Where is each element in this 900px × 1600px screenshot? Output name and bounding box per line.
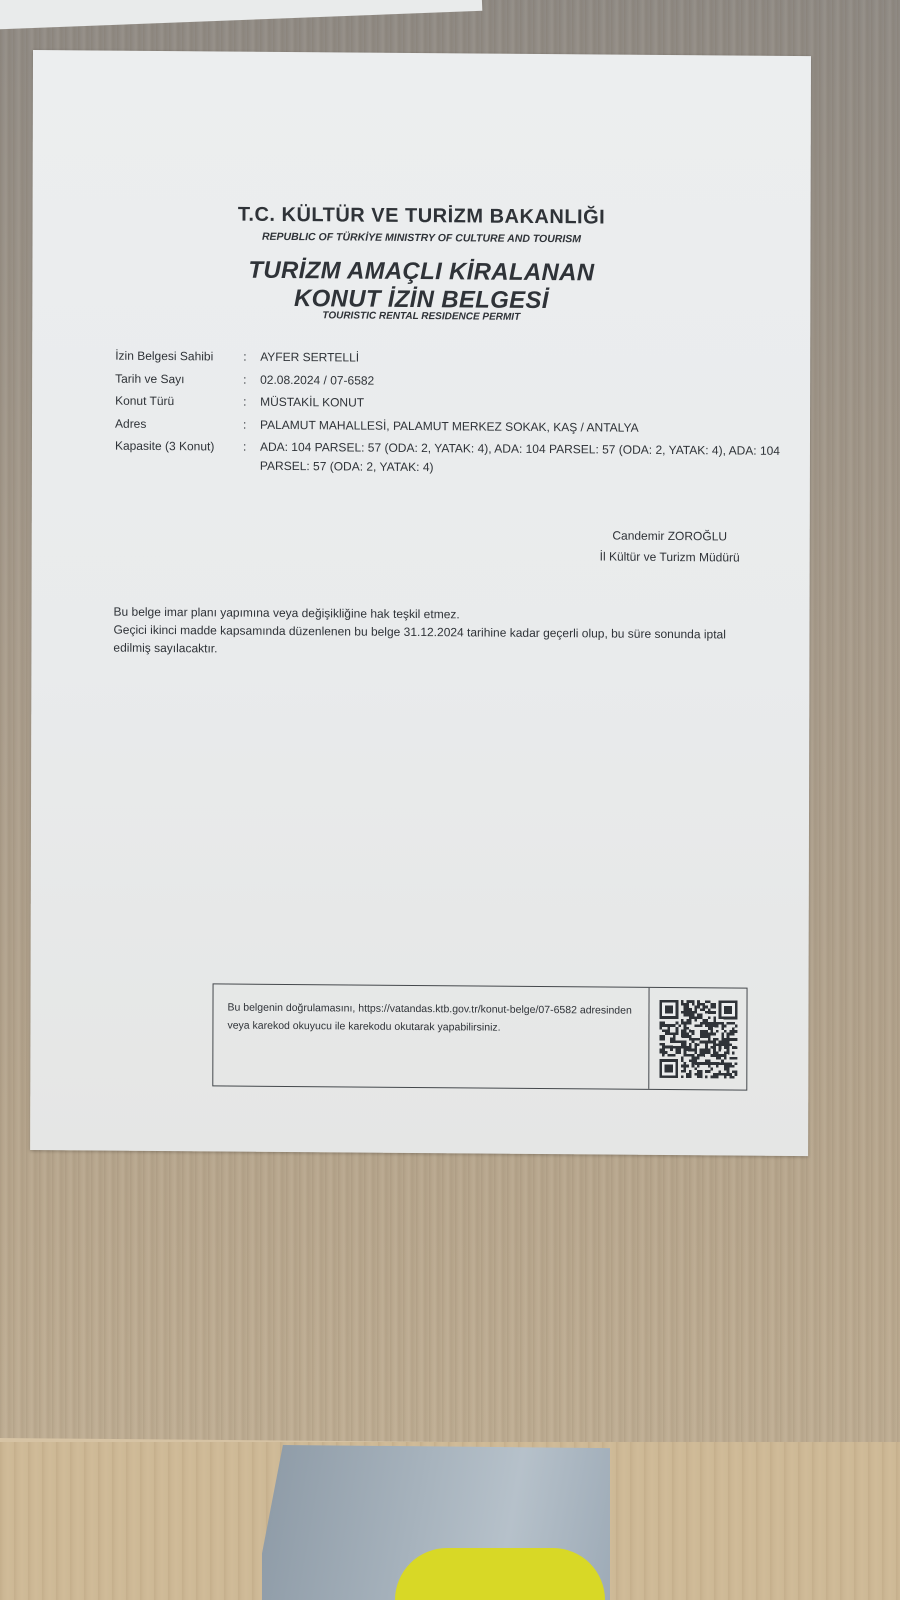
field-label: İzin Belgesi Sahibi bbox=[115, 345, 243, 369]
note-validity: Geçici ikinci madde kapsamında düzenlene… bbox=[113, 621, 753, 662]
qr-code-icon[interactable] bbox=[659, 999, 737, 1078]
qr-cell bbox=[649, 988, 746, 1090]
field-label: Tarih ve Sayı bbox=[115, 367, 243, 391]
field-separator: : bbox=[243, 391, 260, 414]
field-separator: : bbox=[243, 436, 260, 476]
field-row: Kapasite (3 Konut) : ADA: 104 PARSEL: 57… bbox=[115, 435, 780, 480]
field-label: Adres bbox=[115, 412, 243, 436]
legal-notes: Bu belge imar planı yapımına veya değişi… bbox=[113, 603, 753, 662]
permit-fields: İzin Belgesi Sahibi : AYFER SERTELLİ Tar… bbox=[115, 345, 780, 480]
verification-box: Bu belgenin doğrulamasını, https://vatan… bbox=[212, 983, 747, 1090]
permit-document: T.C. KÜLTÜR VE TURİZM BAKANLIĞI REPUBLIC… bbox=[30, 50, 811, 1156]
field-separator: : bbox=[243, 368, 260, 391]
signatory-name: Candemir ZOROĞLU bbox=[600, 525, 740, 547]
document-title: TURİZM AMAÇLI KİRALANAN KONUT İZİN BELGE… bbox=[32, 255, 810, 317]
field-value: ADA: 104 PARSEL: 57 (ODA: 2, YATAK: 4), … bbox=[260, 436, 780, 480]
field-label: Kapasite (3 Konut) bbox=[115, 435, 243, 476]
signature-block: Candemir ZOROĞLU İl Kültür ve Turizm Müd… bbox=[600, 525, 740, 568]
background-paper-sheet bbox=[0, 0, 482, 30]
field-separator: : bbox=[243, 346, 260, 369]
field-label: Konut Türü bbox=[115, 390, 243, 414]
ministry-name-tr: T.C. KÜLTÜR VE TURİZM BAKANLIĞI bbox=[33, 202, 811, 231]
shoe bbox=[395, 1548, 605, 1600]
ministry-name-en: REPUBLIC OF TÜRKİYE MINISTRY OF CULTURE … bbox=[32, 229, 810, 247]
field-separator: : bbox=[243, 413, 260, 436]
signatory-title: İl Kültür ve Turizm Müdürü bbox=[600, 546, 740, 568]
verification-text: Bu belgenin doğrulamasını, https://vatan… bbox=[213, 984, 649, 1088]
